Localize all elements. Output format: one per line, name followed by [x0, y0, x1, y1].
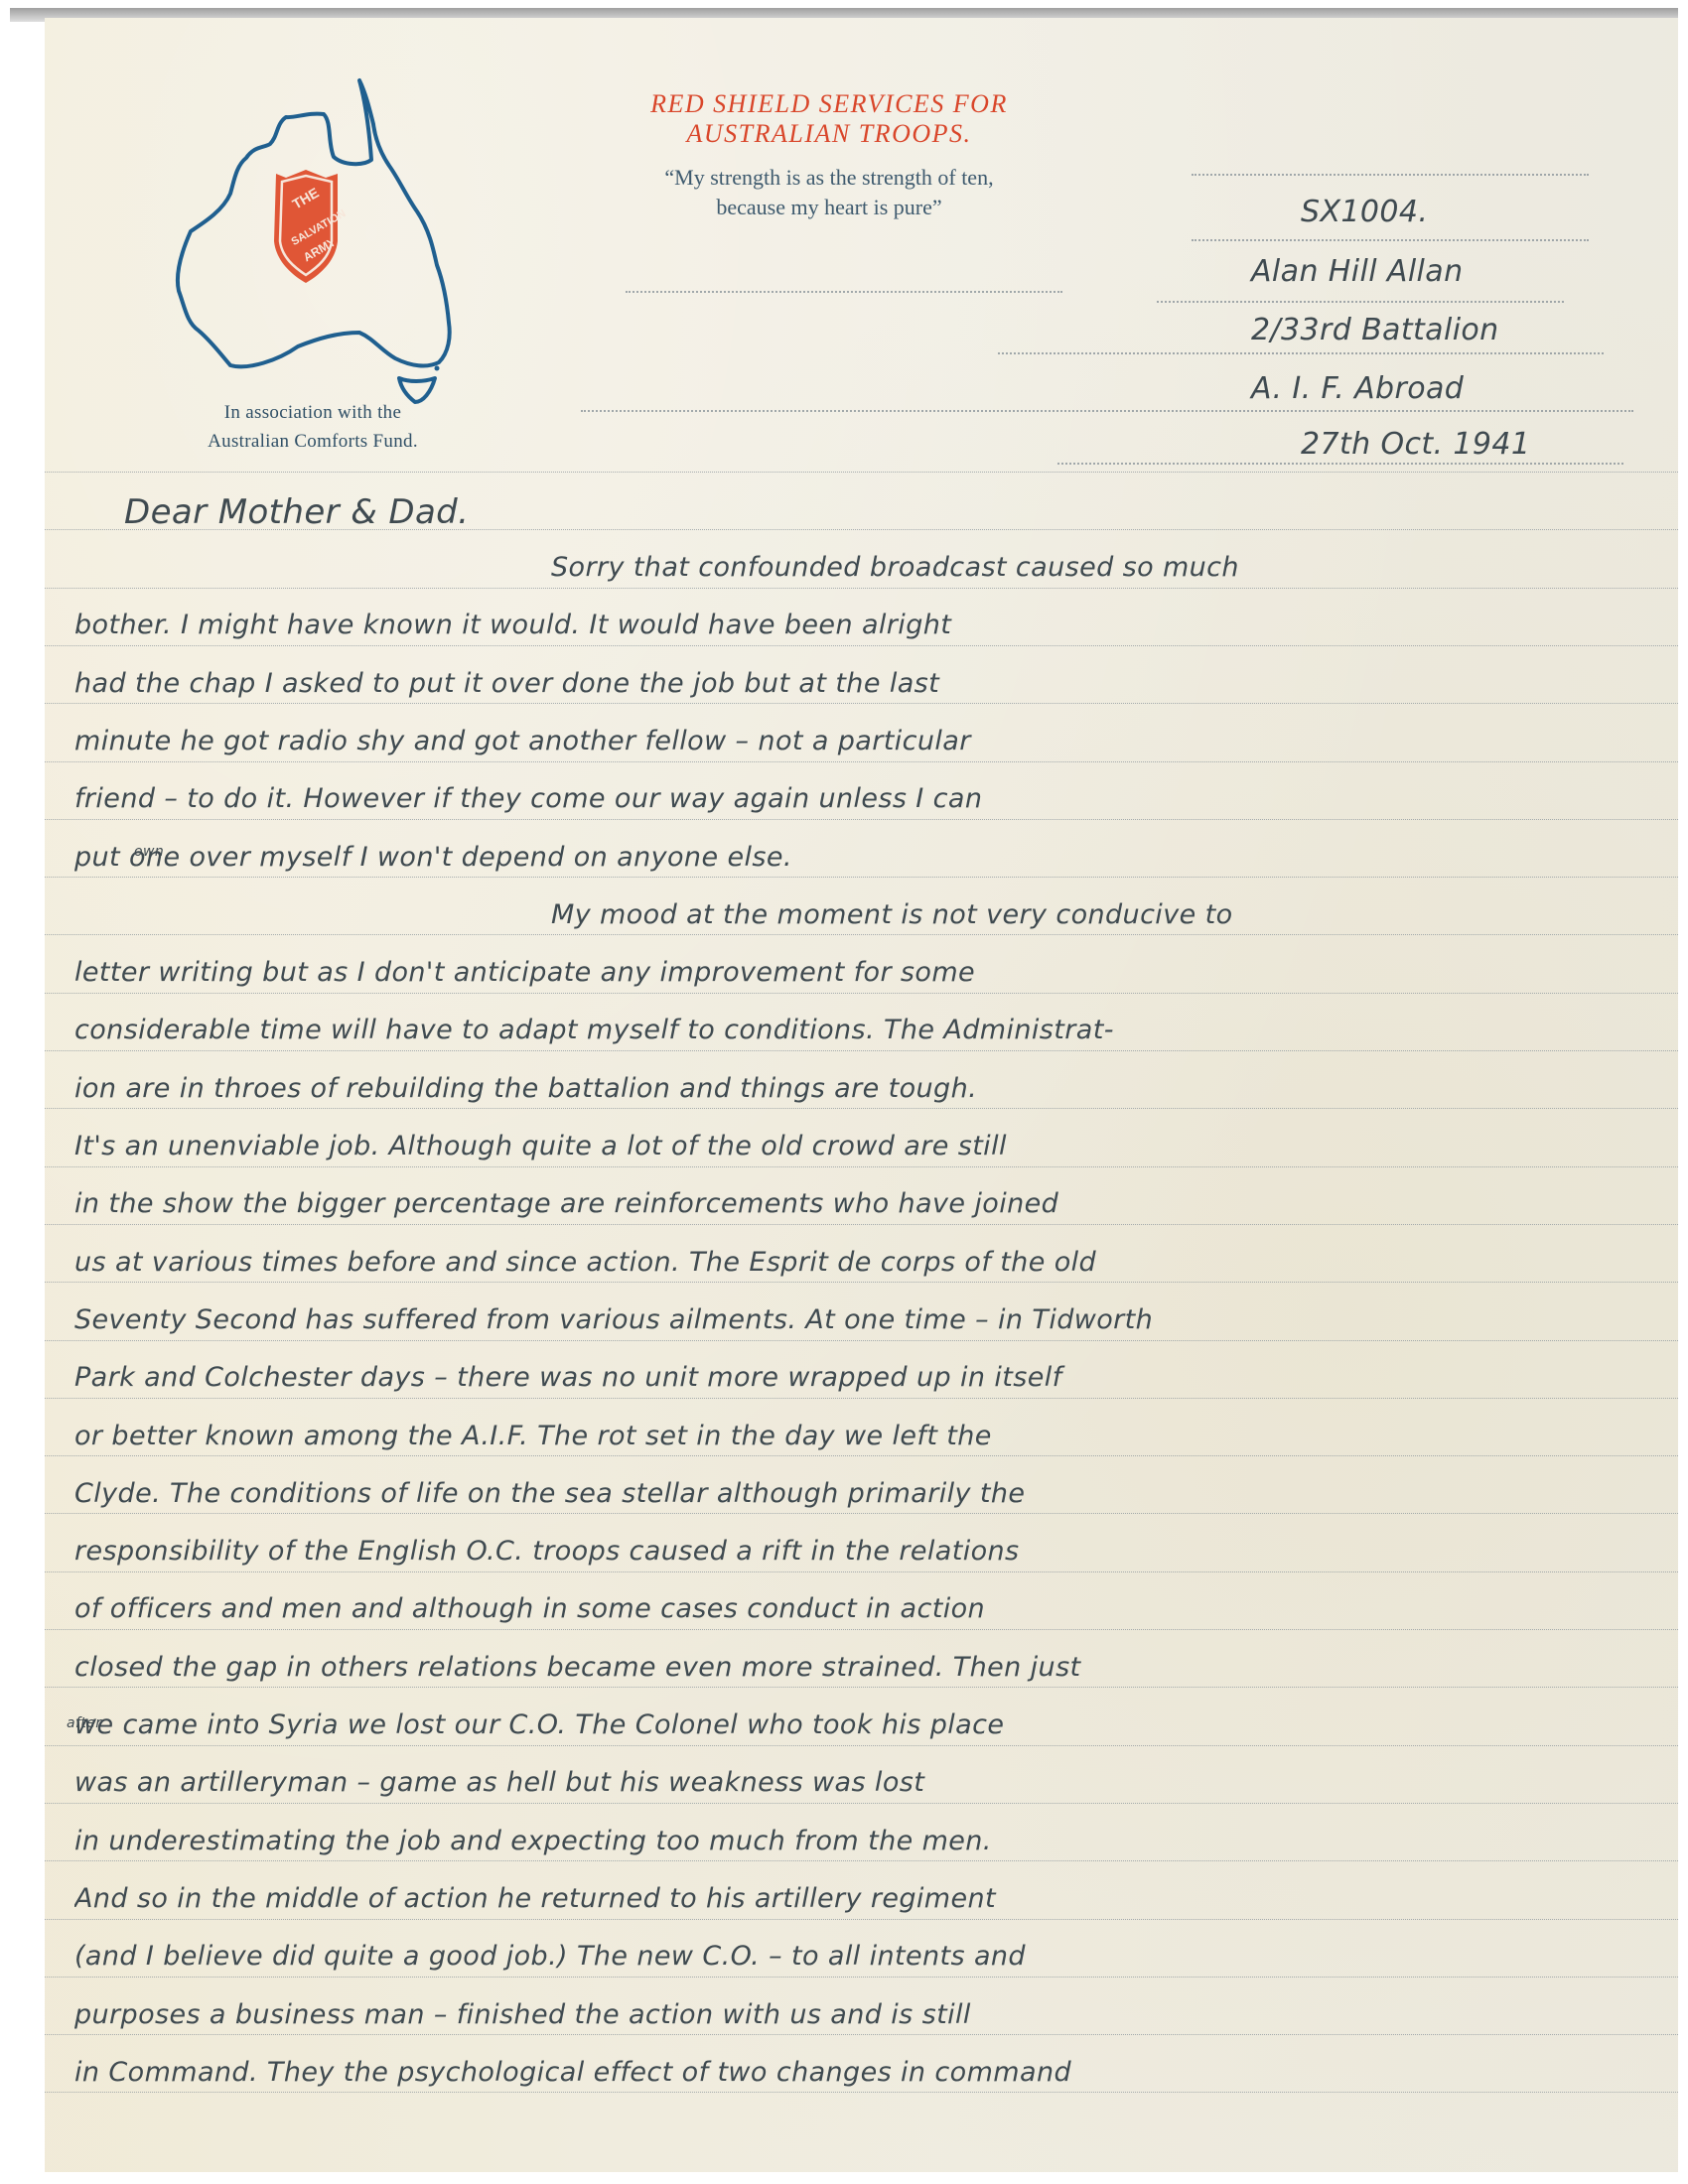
letter-line: in underestimating the job and expecting… — [74, 1822, 1653, 1861]
address-line — [998, 352, 1604, 354]
address-line — [1192, 174, 1589, 176]
letter-line: letter writing but as I don't anticipate… — [74, 953, 1653, 993]
letter-line: or better known among the A.I.F. The rot… — [74, 1417, 1653, 1456]
letter-line: purposes a business man – finished the a… — [74, 1995, 1653, 2035]
letter-line: bother. I might have known it would. It … — [74, 606, 1653, 645]
insert-own: own — [134, 844, 164, 860]
letter-date: 27th Oct. 1941 — [1301, 427, 1530, 462]
letter-line: ion are in throes of rebuilding the batt… — [74, 1069, 1653, 1109]
letter-line: Sorry that confounded broadcast caused s… — [551, 548, 1653, 588]
letter-line: Clyde. The conditions of life on the sea… — [74, 1474, 1653, 1514]
sender-name: Alan Hill Allan — [1251, 254, 1463, 289]
letterhead-title: RED SHIELD SERVICES FOR AUSTRALIAN TROOP… — [521, 89, 1137, 149]
quote-line-1: “My strength is as the strength of ten, — [521, 163, 1137, 193]
letter-line: closed the gap in others relations becam… — [74, 1648, 1653, 1688]
quote-line-2: because my heart is pure” — [521, 193, 1137, 222]
letter-line: responsibility of the English O.C. troop… — [74, 1532, 1653, 1571]
letter-line: And so in the middle of action he return… — [74, 1879, 1653, 1919]
letter-line: in Command. They the psychological effec… — [74, 2053, 1653, 2093]
insert-after: after — [67, 1715, 101, 1731]
letter-line: minute he got radio shy and got another … — [74, 722, 1653, 761]
letter-line: Park and Colchester days – there was no … — [74, 1358, 1653, 1398]
letter-line: had the chap I asked to put it over done… — [74, 664, 1653, 704]
letter-line: friend – to do it. However if they come … — [74, 779, 1653, 819]
ruled-line — [45, 472, 1678, 473]
letter-line: us at various times before and since act… — [74, 1243, 1653, 1283]
association-line-2: Australian Comforts Fund. — [134, 427, 492, 456]
letter-line: It's an unenviable job. Although quite a… — [74, 1127, 1653, 1166]
letter-line: Seventy Second has suffered from various… — [74, 1300, 1653, 1340]
letter-line: was an artilleryman – game as hell but h… — [74, 1763, 1653, 1803]
letter-line: of officers and men and although in some… — [74, 1589, 1653, 1629]
title-line-2: AUSTRALIAN TROOPS. — [521, 119, 1137, 149]
address-line — [1057, 463, 1623, 465]
service-number: SX1004. — [1301, 195, 1428, 229]
salvation-army-shield-icon: THE SALVATION ARMY — [274, 170, 348, 283]
letter-line: (and I believe did quite a good job.) Th… — [74, 1937, 1653, 1977]
australia-map-logo: THE SALVATION ARMY — [139, 63, 477, 405]
salutation: Dear Mother & Dad. — [124, 492, 469, 532]
address-line — [581, 410, 1633, 412]
letter-page: THE SALVATION ARMY In association with t… — [45, 18, 1678, 2172]
letter-line: put one over myself I won't depend on an… — [74, 838, 1653, 878]
letterhead-quote: “My strength is as the strength of ten, … — [521, 163, 1137, 222]
association-line-1: In association with the — [134, 398, 492, 427]
title-line-1: RED SHIELD SERVICES FOR — [521, 89, 1137, 119]
sender-unit: 2/33rd Battalion — [1251, 313, 1499, 347]
letter-line: in the show the bigger percentage are re… — [74, 1184, 1653, 1224]
letter-line: we came into Syria we lost our C.O. The … — [74, 1706, 1653, 1745]
sender-force: A. I. F. Abroad — [1251, 371, 1464, 406]
letter-line: My mood at the moment is not very conduc… — [551, 895, 1653, 935]
address-line — [1157, 301, 1564, 303]
address-line — [1192, 239, 1589, 241]
association-caption: In association with the Australian Comfo… — [134, 398, 492, 456]
letter-line: considerable time will have to adapt mys… — [74, 1011, 1653, 1050]
address-line — [626, 291, 1062, 293]
